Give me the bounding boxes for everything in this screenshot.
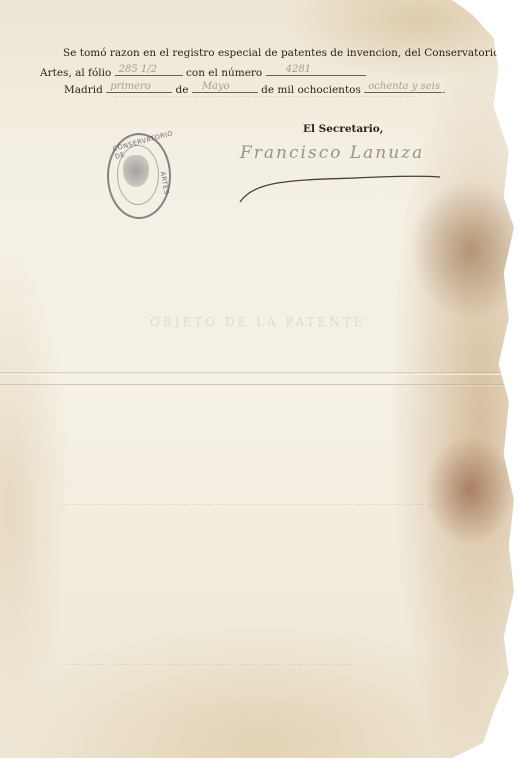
document-page: — — — — — — — — — — — — — — — — — — — — … <box>0 0 514 758</box>
secretary-label: El Secretario, <box>303 123 383 135</box>
registry-line-3: Madrid primero de Mayo de mil ochociento… <box>64 81 446 96</box>
signature-flourish <box>235 170 445 205</box>
month-field: Mayo <box>192 81 258 93</box>
folio-label: Artes, al fólio <box>40 67 111 79</box>
faded-heading: OBJETO DE LA PATENTE <box>150 315 366 329</box>
year-field: ochenta y seis <box>364 81 442 93</box>
day-value: primero <box>110 81 151 92</box>
year-value: ochenta y seis <box>368 81 440 92</box>
stamp-text-right: ARTES <box>159 171 171 195</box>
registry-line-1: Se tomó razon en el registro especial de… <box>63 47 516 59</box>
bleed-through-text: — — — — — — — — — — — — — — — — — — — — … <box>60 660 354 670</box>
fold-crease <box>0 384 505 386</box>
month-value: Mayo <box>202 81 230 92</box>
year-prefix-label: de mil ochocientos <box>261 84 361 96</box>
city-label: Madrid <box>64 84 103 96</box>
coat-of-arms-icon <box>123 155 149 187</box>
bleed-through-text: — — — — — — — — — — — — — — — — — — — — … <box>60 500 437 510</box>
fold-crease <box>0 372 505 375</box>
numero-label: con el número <box>186 67 262 79</box>
folio-value: 285 1/2 <box>119 64 157 75</box>
conservatorio-stamp: CONSERVATORIO DE ARTES <box>107 133 171 219</box>
folio-field: 285 1/2 <box>115 64 183 76</box>
day-field: primero <box>106 81 172 93</box>
line-end-period: . <box>442 84 445 96</box>
secretary-signature: Francisco Lanuza <box>240 143 424 163</box>
numero-value: 4281 <box>286 64 311 75</box>
de-label: de <box>176 84 189 96</box>
numero-field: 4281 <box>266 64 366 76</box>
registry-line-2: Artes, al fólio 285 1/2 con el número 42… <box>40 64 366 79</box>
